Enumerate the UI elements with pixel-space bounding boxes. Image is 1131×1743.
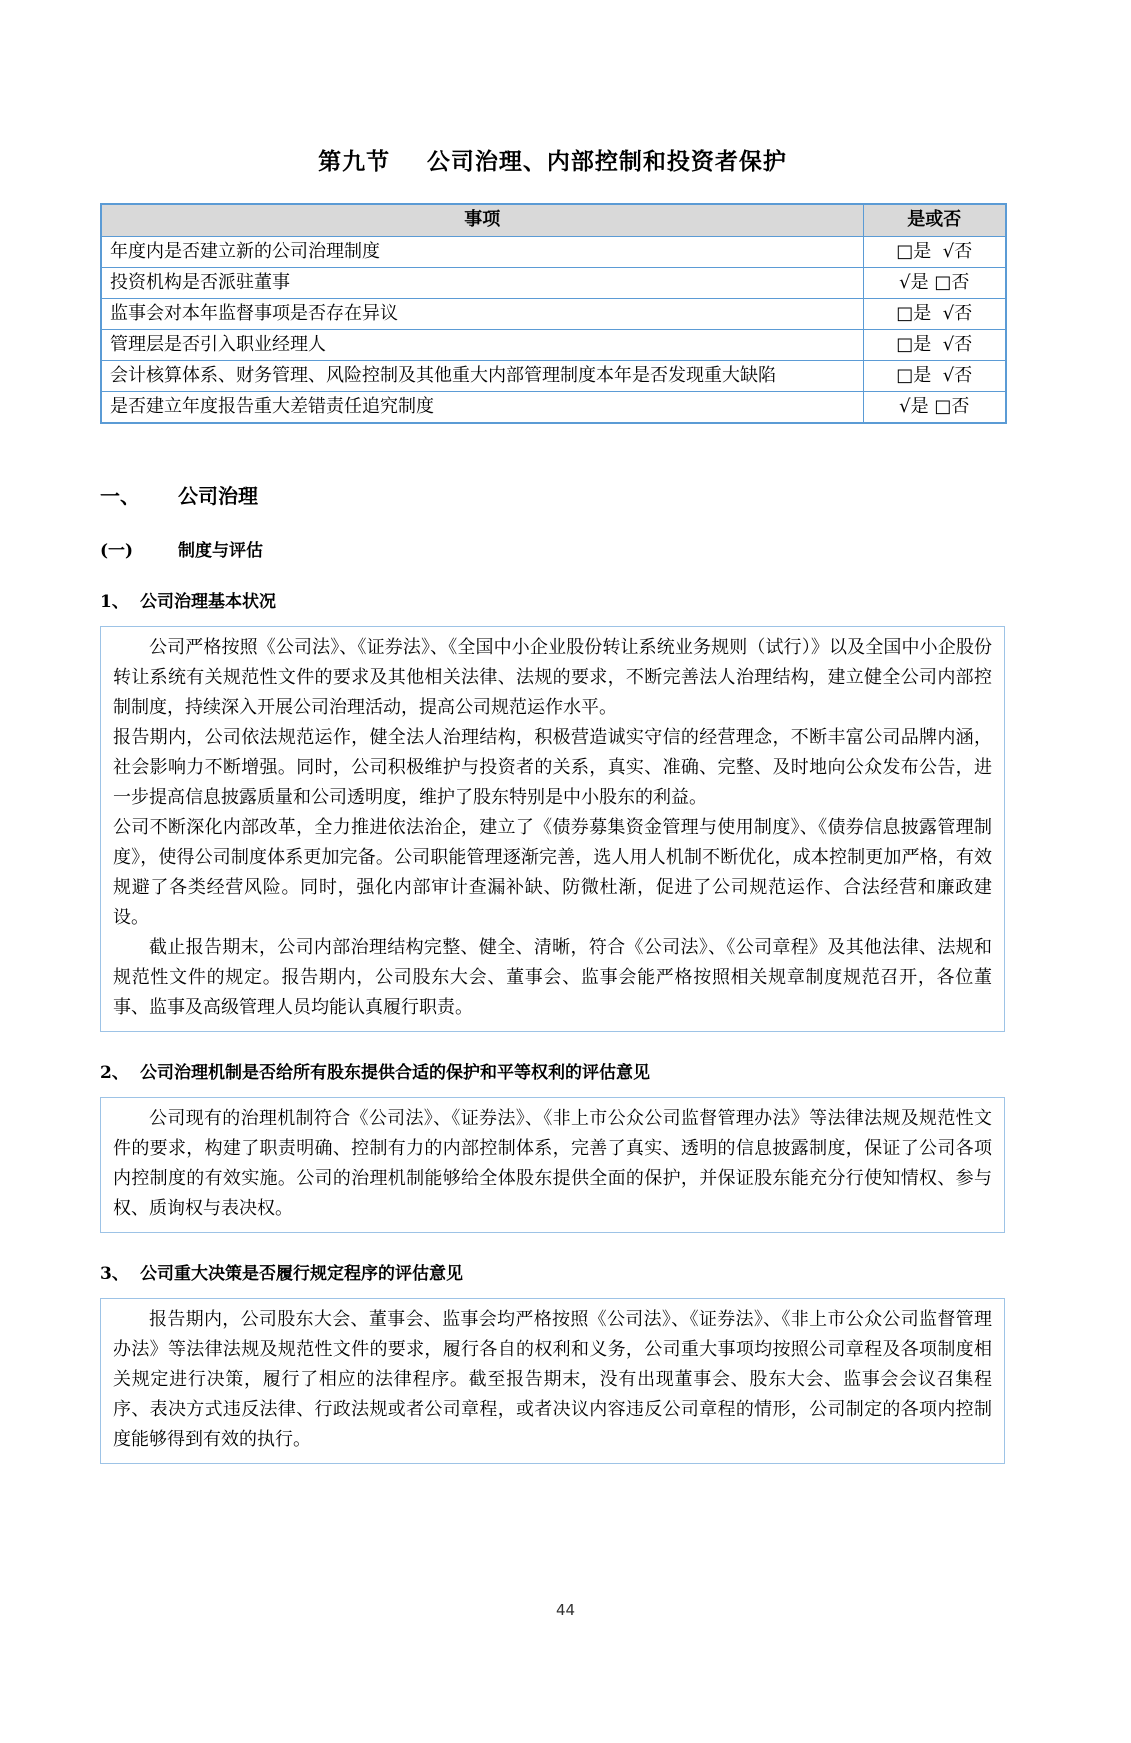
table-row: 年度内是否建立新的公司治理制度 □是 √否: [101, 236, 1006, 267]
subsection-number: (一): [100, 536, 178, 561]
section-heading-governance: 一、公司治理: [100, 480, 1005, 509]
item-heading-major-decision-procedure-opinion: 3、公司重大决策是否履行规定程序的评估意见: [100, 1259, 1005, 1284]
row-answer: □是 √否: [863, 329, 1006, 360]
item-number: 2、: [100, 1058, 140, 1083]
table-row: 监事会对本年监督事项是否存在异议 □是 √否: [101, 298, 1006, 329]
column-header-answer: 是或否: [863, 204, 1006, 236]
column-header-item: 事项: [101, 204, 863, 236]
row-item-text: 是否建立年度报告重大差错责任追究制度: [101, 391, 863, 423]
row-answer: √是 □否: [863, 267, 1006, 298]
item-heading-governance-status: 1、公司治理基本状况: [100, 587, 1005, 612]
row-item-text: 会计核算体系、财务管理、风险控制及其他重大内部管理制度本年是否发现重大缺陷: [101, 360, 863, 391]
page-title-text: 公司治理、内部控制和投资者保护: [427, 149, 787, 175]
paragraph: 公司严格按照《公司法》、《证券法》、《全国中小企业股份转让系统业务规则（试行）》…: [113, 633, 992, 723]
item-label: 公司治理机制是否给所有股东提供合适的保护和平等权利的评估意见: [140, 1063, 650, 1083]
paragraph: 报告期内，公司依法规范运作，健全法人治理结构，积极营造诚实守信的经营理念，不断丰…: [113, 723, 992, 813]
shareholder-protection-text-box: 公司现有的治理机制符合《公司法》、《证券法》、《非上市公众公司监督管理办法》等法…: [100, 1097, 1005, 1233]
item-heading-shareholder-protection-opinion: 2、公司治理机制是否给所有股东提供合适的保护和平等权利的评估意见: [100, 1058, 1005, 1083]
row-item-text: 管理层是否引入职业经理人: [101, 329, 863, 360]
page-number: 44: [0, 1601, 1131, 1619]
item-label: 公司重大决策是否履行规定程序的评估意见: [140, 1264, 463, 1284]
item-label: 公司治理基本状况: [140, 592, 276, 612]
page-title-section-number: 第九节: [318, 149, 390, 175]
table-row: 管理层是否引入职业经理人 □是 √否: [101, 329, 1006, 360]
governance-checklist-table: 事项 是或否 年度内是否建立新的公司治理制度 □是 √否 投资机构是否派驻董事 …: [100, 203, 1007, 424]
row-answer: √是 □否: [863, 391, 1006, 423]
table-row: 会计核算体系、财务管理、风险控制及其他重大内部管理制度本年是否发现重大缺陷 □是…: [101, 360, 1006, 391]
row-item-text: 监事会对本年监督事项是否存在异议: [101, 298, 863, 329]
table-header-row: 事项 是或否: [101, 204, 1006, 236]
governance-status-text-box: 公司严格按照《公司法》、《证券法》、《全国中小企业股份转让系统业务规则（试行）》…: [100, 626, 1005, 1032]
row-item-text: 投资机构是否派驻董事: [101, 267, 863, 298]
row-answer: □是 √否: [863, 298, 1006, 329]
section-label: 公司治理: [178, 484, 258, 508]
major-decision-text-box: 报告期内，公司股东大会、董事会、监事会均严格按照《公司法》、《证券法》、《非上市…: [100, 1298, 1005, 1464]
page-title: 第九节公司治理、内部控制和投资者保护: [100, 143, 1005, 176]
table-row: 是否建立年度报告重大差错责任追究制度 √是 □否: [101, 391, 1006, 423]
item-number: 3、: [100, 1259, 140, 1284]
subsection-label: 制度与评估: [178, 541, 263, 561]
row-item-text: 年度内是否建立新的公司治理制度: [101, 236, 863, 267]
table-row: 投资机构是否派驻董事 √是 □否: [101, 267, 1006, 298]
paragraph: 截止报告期末，公司内部治理结构完整、健全、清晰，符合《公司法》、《公司章程》及其…: [113, 933, 992, 1023]
row-answer: □是 √否: [863, 236, 1006, 267]
paragraph: 报告期内，公司股东大会、董事会、监事会均严格按照《公司法》、《证券法》、《非上市…: [113, 1305, 992, 1455]
paragraph: 公司不断深化内部改革，全力推进依法治企，建立了《债券募集资金管理与使用制度》、《…: [113, 813, 992, 933]
paragraph: 公司现有的治理机制符合《公司法》、《证券法》、《非上市公众公司监督管理办法》等法…: [113, 1104, 992, 1224]
item-number: 1、: [100, 587, 140, 612]
section-number: 一、: [100, 480, 178, 509]
page-content: 第九节公司治理、内部控制和投资者保护 事项 是或否 年度内是否建立新的公司治理制…: [100, 143, 1005, 1464]
row-answer: □是 √否: [863, 360, 1006, 391]
subsection-heading-system-evaluation: (一)制度与评估: [100, 536, 1005, 561]
